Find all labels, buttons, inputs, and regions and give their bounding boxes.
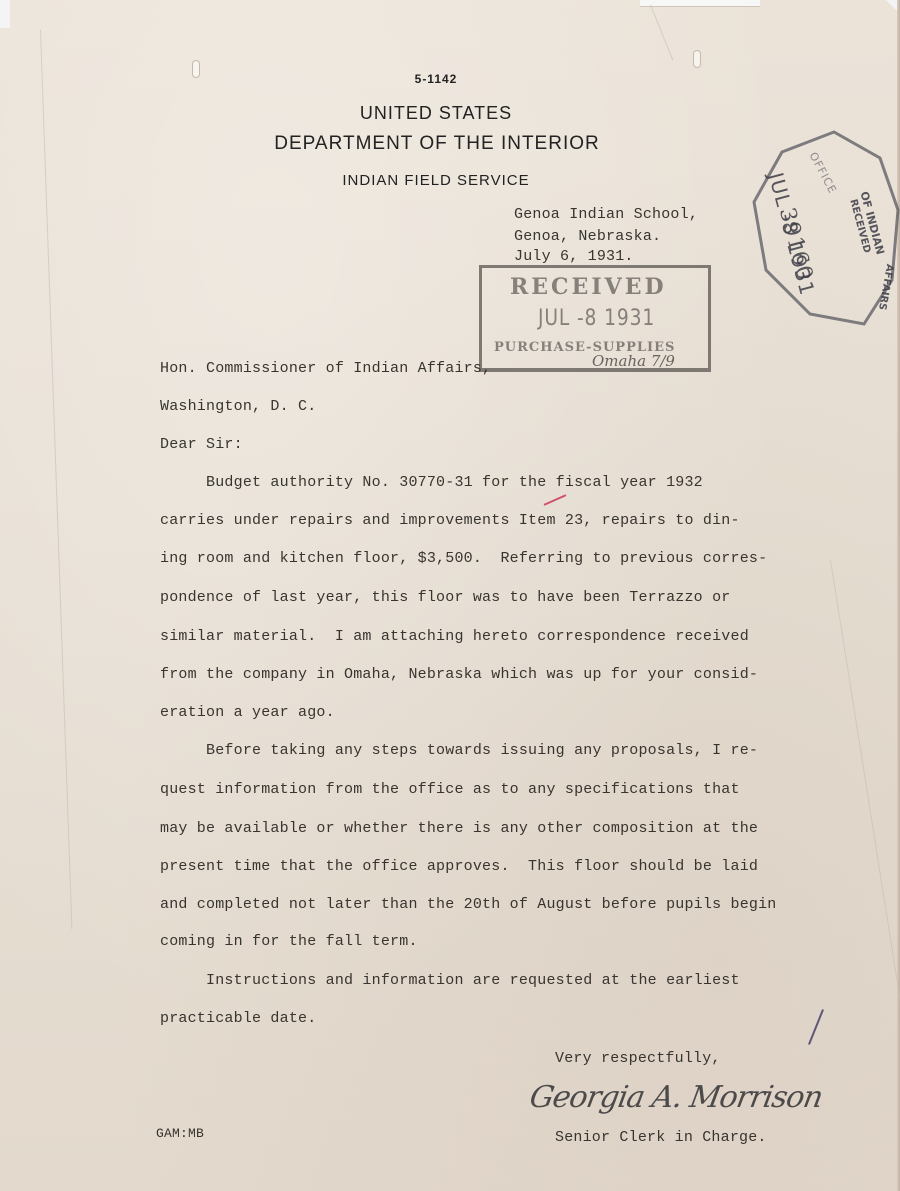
paper-crease bbox=[650, 5, 673, 61]
received-stamp-date: JUL -8 1931 bbox=[538, 306, 655, 331]
letterhead-line-2: DEPARTMENT OF THE INTERIOR bbox=[230, 133, 644, 155]
paper-crease bbox=[40, 30, 72, 929]
signer-title: Senior Clerk in Charge. bbox=[555, 1129, 767, 1146]
body-line: quest information from the office as to … bbox=[160, 781, 740, 798]
page-top-tear bbox=[640, 0, 760, 7]
form-code: 5-1142 bbox=[386, 72, 486, 86]
salutation: Dear Sir: bbox=[160, 436, 243, 453]
received-stamp-handwritten-note: Omaha 7/9 bbox=[592, 352, 675, 370]
letterhead-line-1: UNITED STATES bbox=[296, 103, 576, 124]
body-line: from the company in Omaha, Nebraska whic… bbox=[160, 666, 758, 683]
red-pencil-tick-mark bbox=[544, 494, 567, 506]
body-line: Budget authority No. 30770-31 for the fi… bbox=[160, 474, 703, 491]
typist-initials: GAM:MB bbox=[156, 1126, 204, 1141]
page-corner-torn bbox=[0, 0, 10, 28]
pencil-slash-mark bbox=[808, 1009, 824, 1045]
body-line: coming in for the fall term. bbox=[160, 933, 418, 950]
recipient-line-2: Washington, D. C. bbox=[160, 398, 316, 415]
letterhead-line-3: INDIAN FIELD SERVICE bbox=[296, 172, 576, 189]
body-line: may be available or whether there is any… bbox=[160, 820, 758, 837]
sender-address-line-2: Genoa, Nebraska. bbox=[514, 228, 661, 245]
body-line: Instructions and information are request… bbox=[160, 972, 740, 989]
closing: Very respectfully, bbox=[555, 1050, 721, 1067]
body-line: eration a year ago. bbox=[160, 704, 335, 721]
received-stamp: RECEIVED JUL -8 1931 PURCHASE-SUPPLIES O… bbox=[479, 265, 711, 372]
body-line: Before taking any steps towards issuing … bbox=[160, 742, 758, 759]
paper-crease bbox=[830, 560, 900, 1034]
letter-date: July 6, 1931. bbox=[514, 248, 634, 265]
body-line: pondence of last year, this floor was to… bbox=[160, 589, 731, 606]
body-line: similar material. I am attaching hereto … bbox=[160, 628, 749, 645]
body-line: present time that the office approves. T… bbox=[160, 858, 758, 875]
body-line: practicable date. bbox=[160, 1010, 316, 1027]
letter-page: 5-1142 UNITED STATES DEPARTMENT OF THE I… bbox=[0, 0, 900, 1191]
received-stamp-title: RECEIVED bbox=[510, 274, 667, 300]
handwritten-signature: Georgia A. Morrison bbox=[527, 1080, 825, 1115]
body-line: and completed not later than the 20th of… bbox=[160, 896, 777, 913]
body-line: carries under repairs and improvements I… bbox=[160, 512, 740, 529]
staple-hole bbox=[693, 50, 701, 68]
sender-address-line-1: Genoa Indian School, bbox=[514, 206, 698, 223]
body-line: ing room and kitchen floor, $3,500. Refe… bbox=[160, 550, 767, 567]
recipient-line-1: Hon. Commissioner of Indian Affairs, bbox=[160, 360, 491, 377]
staple-hole bbox=[192, 60, 200, 78]
